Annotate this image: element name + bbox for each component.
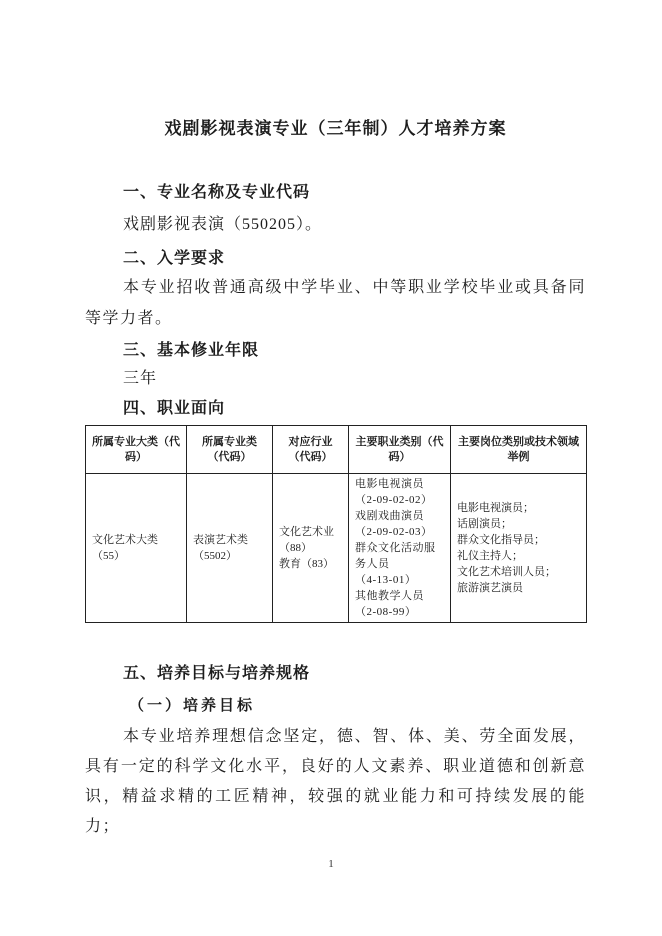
table-cell-positions: 电影电视演员； 话剧演员； 群众文化指导员； 礼仪主持人； 文化艺术培训人员； … — [451, 474, 587, 623]
section-body-major-name-code: 戏剧影视表演（550205）。 — [85, 210, 586, 240]
subsection-heading-training-goal: （一）培养目标 — [85, 695, 586, 717]
section-heading-admission-requirements: 二、入学要求 — [85, 248, 586, 270]
table-cell-occupations: 电影电视演员 （2-09-02-02） 戏剧戏曲演员 （2-09-02-03） … — [349, 474, 451, 623]
table-cell-major-class: 文化艺术大类 （55） — [86, 474, 187, 623]
page-number: 1 — [0, 858, 662, 870]
document-content: 戏剧影视表演专业（三年制）人才培养方案 一、专业名称及专业代码 戏剧影视表演（5… — [0, 118, 662, 842]
table-cell-industry: 文化艺术业 （88） 教育（83） — [273, 474, 349, 623]
section-body-study-duration: 三年 — [85, 364, 586, 394]
table-row: 文化艺术大类 （55） 表演艺术类 （5502） 文化艺术业 （88） 教育（8… — [86, 474, 587, 623]
document-title: 戏剧影视表演专业（三年制）人才培养方案 — [85, 118, 586, 140]
table-header-industry: 对应行业（代码） — [273, 426, 349, 474]
career-orientation-table: 所属专业大类（代码） 所属专业类（代码） 对应行业（代码） 主要职业类别（代码）… — [85, 425, 587, 623]
table-header-major-class: 所属专业大类（代码） — [86, 426, 187, 474]
section-heading-career-orientation: 四、职业面向 — [85, 398, 586, 420]
table-header-sub-class: 所属专业类（代码） — [187, 426, 273, 474]
table-header-row: 所属专业大类（代码） 所属专业类（代码） 对应行业（代码） 主要职业类别（代码）… — [86, 426, 587, 474]
table-header-positions: 主要岗位类别或技术领域举例 — [451, 426, 587, 474]
section-heading-major-name-code: 一、专业名称及专业代码 — [85, 182, 586, 204]
section-body-training-goal: 本专业培养理想信念坚定，德、智、体、美、劳全面发展，具有一定的科学文化水平，良好… — [85, 722, 586, 842]
document-page: 戏剧影视表演专业（三年制）人才培养方案 一、专业名称及专业代码 戏剧影视表演（5… — [0, 0, 662, 936]
section-heading-study-duration: 三、基本修业年限 — [85, 340, 586, 362]
section-body-admission-requirements: 本专业招收普通高级中学毕业、中等职业学校毕业或具备同等学力者。 — [85, 272, 586, 334]
table-header-occupations: 主要职业类别（代码） — [349, 426, 451, 474]
section-heading-training-objectives: 五、培养目标与培养规格 — [85, 663, 586, 685]
table-cell-sub-class: 表演艺术类 （5502） — [187, 474, 273, 623]
